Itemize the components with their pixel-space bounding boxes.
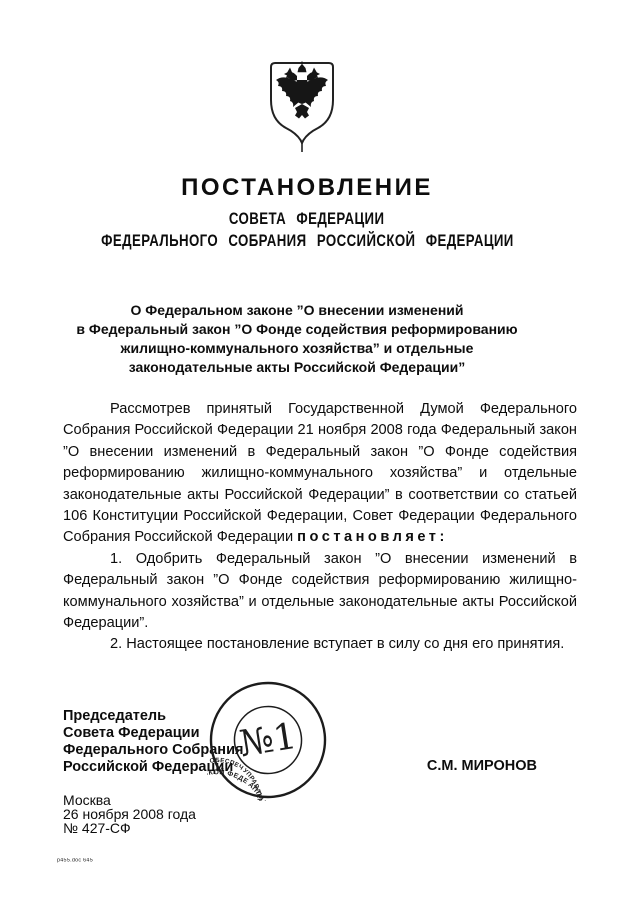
- signer-name: С.М. МИРОНОВ: [427, 758, 537, 774]
- document-body: Рассмотрев принятый Государственной Думо…: [63, 399, 577, 656]
- issuer-line-assembly: ФЕДЕРАЛЬНОГО СОБРАНИЯ РОССИЙСКОЙ ФЕДЕРАЦ…: [0, 231, 614, 251]
- resolution-item-2: 2. Настоящее постановление вступает в си…: [63, 634, 577, 655]
- intro-paragraph: Рассмотрев принятый Государственной Думо…: [63, 399, 577, 549]
- document-type-title: ПОСТАНОВЛЕНИЕ: [0, 174, 614, 202]
- resolution-item-1: 1. Одобрить Федеральный закон ”О внесени…: [63, 549, 577, 635]
- resolve-word: постановляет:: [297, 529, 448, 545]
- stamp-number: №1: [237, 716, 300, 765]
- coat-of-arms-icon: [266, 60, 338, 158]
- doc-subject-title: О Федеральном законе ”О внесении изменен…: [40, 301, 554, 377]
- double-headed-eagle-icon: [276, 62, 328, 119]
- registration-stamp-icon: АППАРАТ СОВЕТА ФЕДЕРАЦИИ ФЕДЕРАЛЬНОГО СО…: [207, 679, 329, 801]
- decree-document-page: ПОСТАНОВЛЕНИЕ СОВЕТА ФЕДЕРАЦИИ ФЕДЕРАЛЬН…: [0, 0, 640, 900]
- issuer-line-council: СОВЕТА ФЕДЕРАЦИИ: [0, 209, 614, 229]
- file-note: p455.doc 645: [57, 858, 93, 863]
- place-date-number: Москва 26 ноября 2008 года № 427-СФ: [63, 794, 196, 835]
